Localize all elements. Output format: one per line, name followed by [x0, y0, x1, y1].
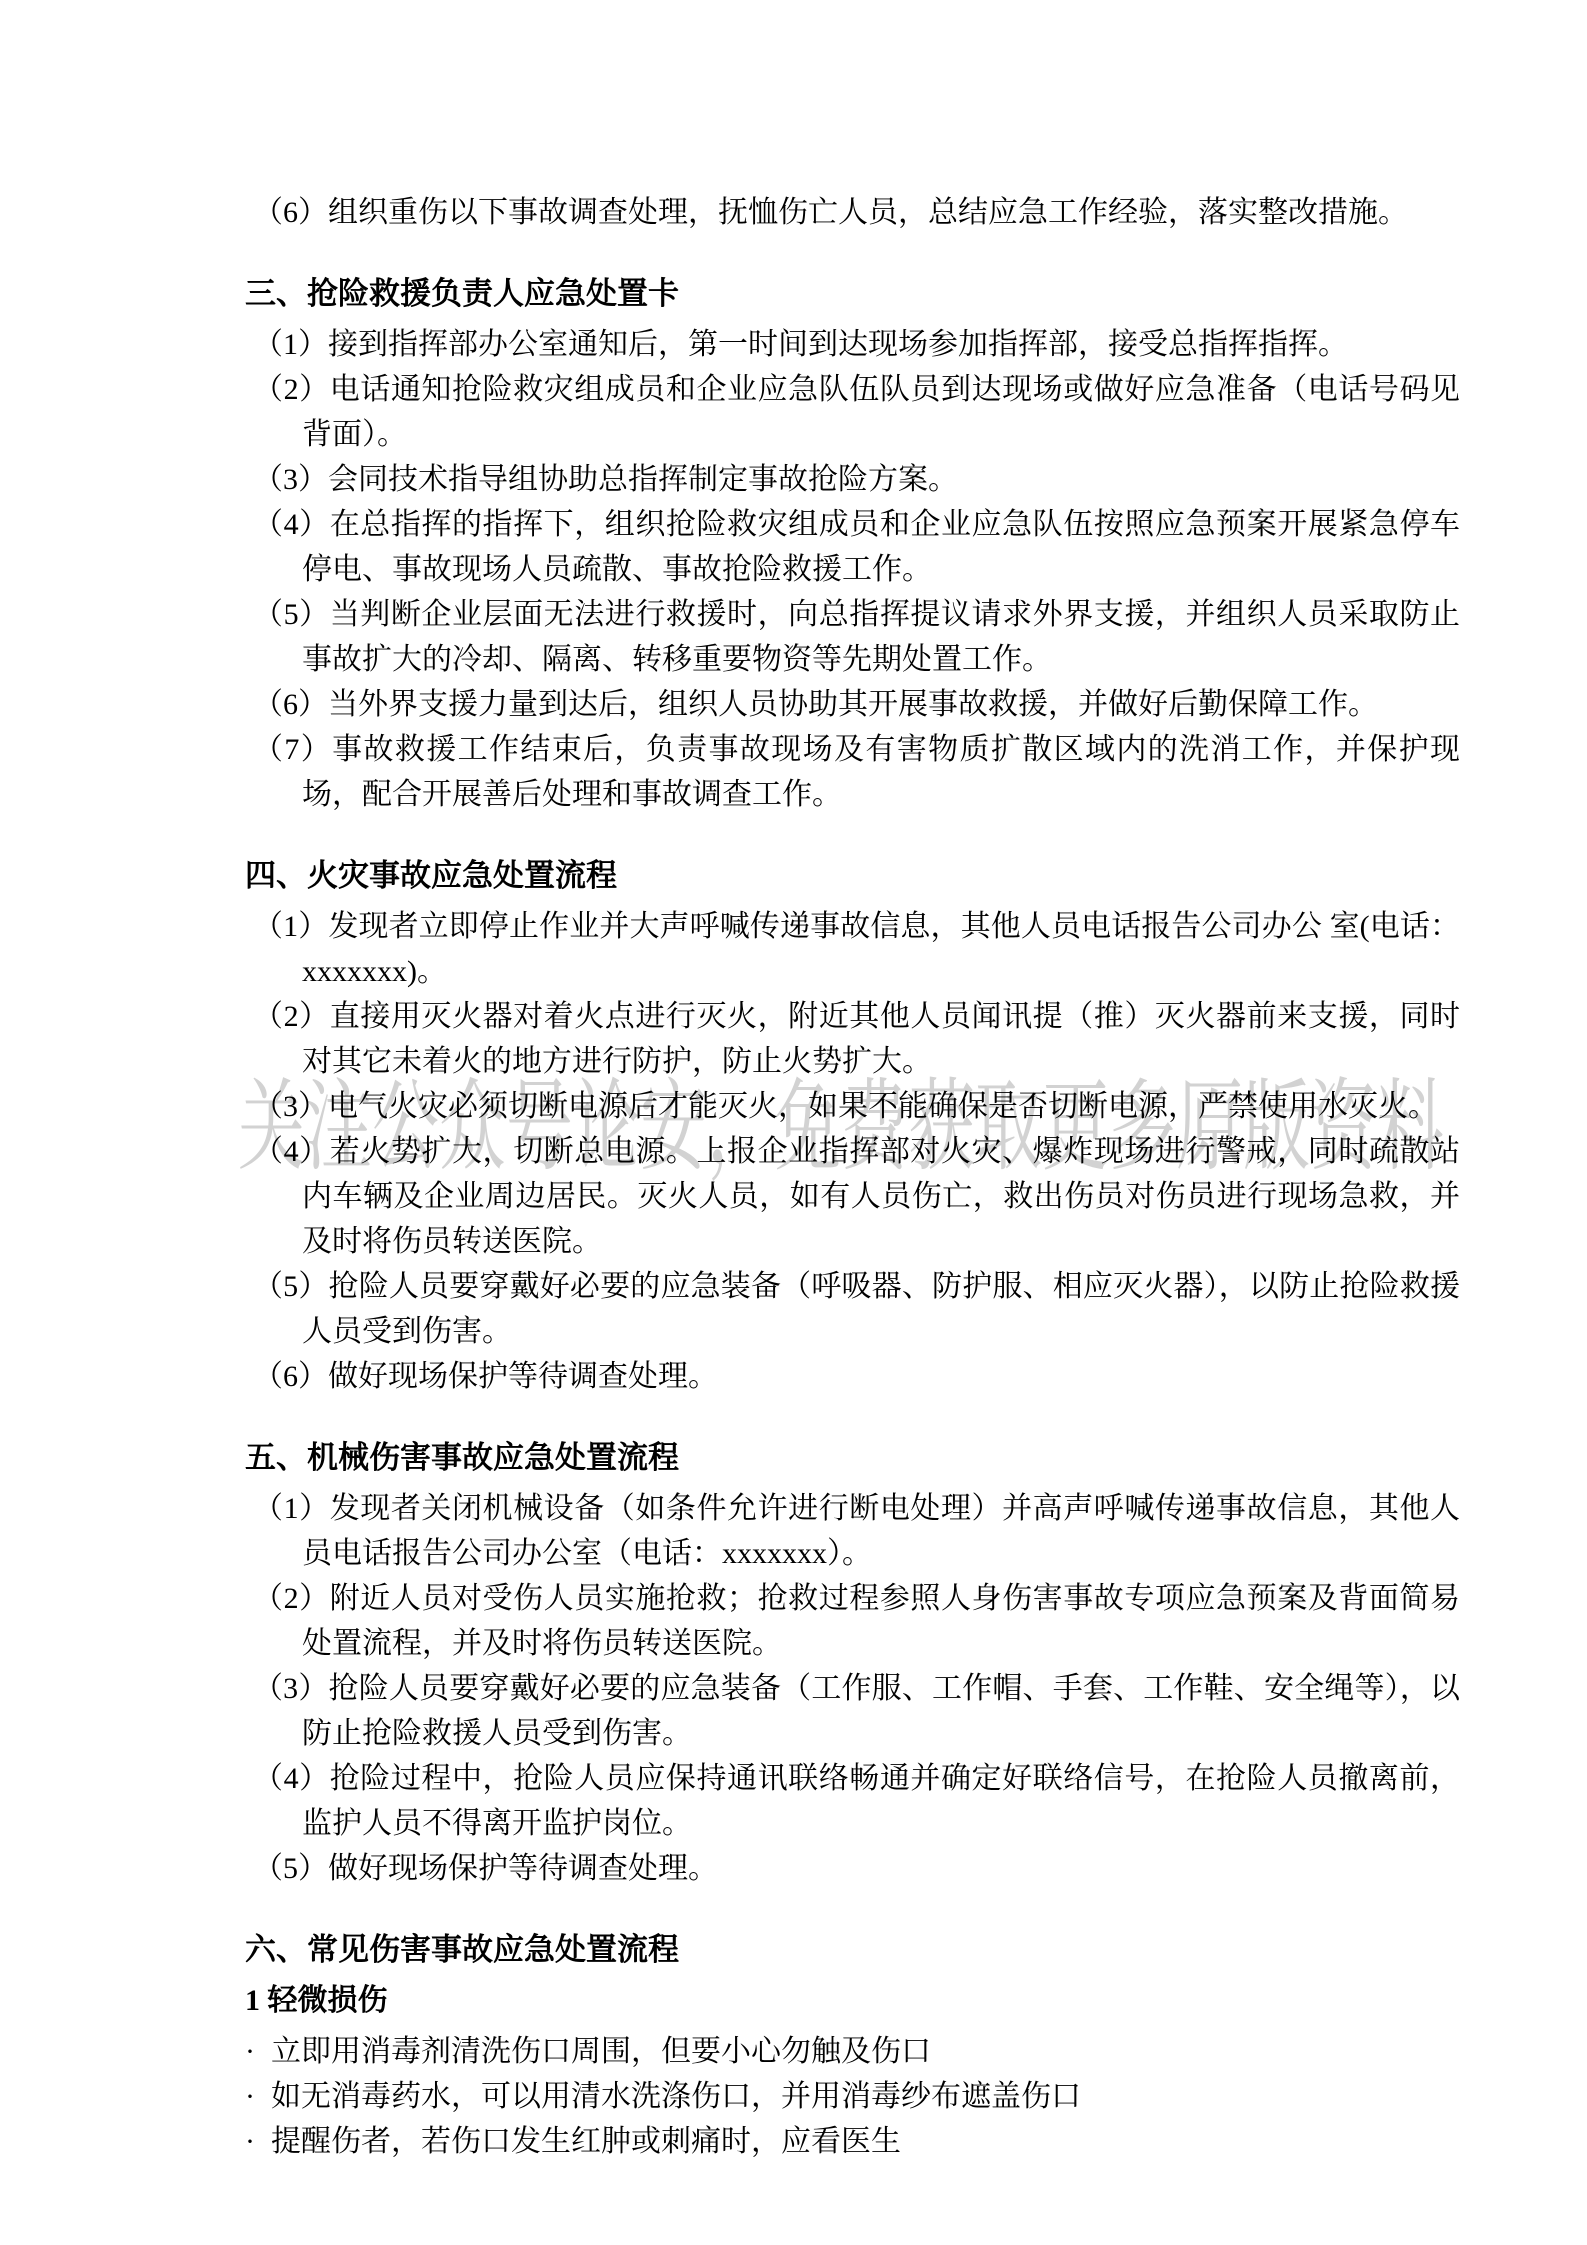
- item-number: （3）: [253, 1090, 328, 1123]
- list-item: （6）做好现场保护等待调查处理。: [245, 1354, 1460, 1399]
- document-content: （6）组织重伤以下事故调查处理，抚恤伤亡人员，总结应急工作经验，落实整改措施。 …: [0, 0, 1587, 2164]
- section-heading-6: 六、常见伤害事故应急处置流程: [245, 1927, 1460, 1972]
- list-item: （1）发现者关闭机械设备（如条件允许进行断电处理）并高声呼喊传递事故信息，其他人…: [245, 1486, 1460, 1576]
- list-item: （3）电气火灾必须切断电源后才能灭火，如果不能确保是否切断电源，严禁使用水灭火。: [245, 1084, 1460, 1129]
- item-number: （5）: [253, 1852, 328, 1885]
- list-item: （4）抢险过程中，抢险人员应保持通讯联络畅通并确定好联络信号，在抢险人员撤离前，…: [245, 1756, 1460, 1846]
- bullet-dot: ·: [245, 2119, 271, 2164]
- item-number: （4）: [253, 1135, 330, 1168]
- list-item: （2）电话通知抢险救灾组成员和企业应急队伍队员到达现场或做好应急准备（电话号码见…: [245, 367, 1460, 457]
- bullet-item: ·立即用消毒剂清洗伤口周围，但要小心勿触及伤口: [245, 2029, 1460, 2074]
- list-item: （5）做好现场保护等待调查处理。: [245, 1846, 1460, 1891]
- item-text: 当外界支援力量到达后，组织人员协助其开展事故救援，并做好后勤保障工作。: [328, 688, 1378, 721]
- item-text: 直接用灭火器对着火点进行灭火，附近其他人员闻讯提（推）灭火器前来支援，同时对其它…: [302, 1000, 1460, 1078]
- item-text: 当判断企业层面无法进行救援时，向总指挥提议请求外界支援，并组织人员采取防止事故扩…: [302, 598, 1460, 676]
- item-text: 事故救援工作结束后，负责事故现场及有害物质扩散区域内的洗消工作，并保护现场，配合…: [302, 733, 1460, 811]
- item-number: （3）: [253, 1672, 329, 1705]
- list-item: （7）事故救援工作结束后，负责事故现场及有害物质扩散区域内的洗消工作，并保护现场…: [245, 727, 1460, 817]
- item-text: 抢险人员要穿戴好必要的应急装备（呼吸器、防护服、相应灭火器），以防止抢险救援人员…: [302, 1270, 1460, 1348]
- section-heading-3: 三、抢险救援负责人应急处置卡: [245, 271, 1460, 316]
- item-number: （1）: [253, 328, 328, 361]
- item-number: （4）: [253, 1762, 330, 1795]
- list-item: （3）抢险人员要穿戴好必要的应急装备（工作服、工作帽、手套、工作鞋、安全绳等），…: [245, 1666, 1460, 1756]
- list-item: （6）当外界支援力量到达后，组织人员协助其开展事故救援，并做好后勤保障工作。: [245, 682, 1460, 727]
- list-item: （5）当判断企业层面无法进行救援时，向总指挥提议请求外界支援，并组织人员采取防止…: [245, 592, 1460, 682]
- item-number: （6）: [253, 688, 328, 721]
- item-text: 附近人员对受伤人员实施抢救；抢救过程参照人身伤害事故专项应急预案及背面简易处置流…: [302, 1582, 1460, 1660]
- bullet-item: ·如无消毒药水，可以用清水洗涤伤口，并用消毒纱布遮盖伤口: [245, 2074, 1460, 2119]
- item-text: 做好现场保护等待调查处理。: [328, 1852, 718, 1885]
- list-item: （5）抢险人员要穿戴好必要的应急装备（呼吸器、防护服、相应灭火器），以防止抢险救…: [245, 1264, 1460, 1354]
- item-number: （2）: [253, 373, 330, 406]
- item-number: （2）: [253, 1000, 330, 1033]
- bullet-item: ·提醒伤者，若伤口发生红肿或刺痛时，应看医生: [245, 2119, 1460, 2164]
- item-number: （2）: [253, 1582, 330, 1615]
- item-text: 抢险人员要穿戴好必要的应急装备（工作服、工作帽、手套、工作鞋、安全绳等），以防止…: [302, 1672, 1460, 1750]
- section-heading-5: 五、机械伤害事故应急处置流程: [245, 1435, 1460, 1480]
- item-text: 在总指挥的指挥下，组织抢险救灾组成员和企业应急队伍按照应急预案开展紧急停车停电、…: [302, 508, 1460, 586]
- bullet-text: 立即用消毒剂清洗伤口周围，但要小心勿触及伤口: [271, 2035, 931, 2068]
- section-heading-4: 四、火灾事故应急处置流程: [245, 853, 1460, 898]
- bullet-text: 如无消毒药水，可以用清水洗涤伤口，并用消毒纱布遮盖伤口: [271, 2080, 1081, 2113]
- item-number: （5）: [253, 1270, 329, 1303]
- item-text: 接到指挥部办公室通知后，第一时间到达现场参加指挥部，接受总指挥指挥。: [328, 328, 1348, 361]
- item-text: 发现者关闭机械设备（如条件允许进行断电处理）并高声呼喊传递事故信息，其他人员电话…: [302, 1492, 1460, 1570]
- list-item: （3）会同技术指导组协助总指挥制定事故抢险方案。: [245, 457, 1460, 502]
- item-number: （6）: [253, 1360, 328, 1393]
- bullet-text: 提醒伤者，若伤口发生红肿或刺痛时，应看医生: [271, 2125, 901, 2158]
- bullet-dot: ·: [245, 2074, 271, 2119]
- item-text: 若火势扩大，切断总电源。上报企业指挥部对火灾、爆炸现场进行警戒，同时疏散站内车辆…: [302, 1135, 1460, 1258]
- list-item: （6）组织重伤以下事故调查处理，抚恤伤亡人员，总结应急工作经验，落实整改措施。: [245, 190, 1460, 235]
- list-item: （4）在总指挥的指挥下，组织抢险救灾组成员和企业应急队伍按照应急预案开展紧急停车…: [245, 502, 1460, 592]
- item-number: （1）: [253, 1492, 330, 1525]
- item-text: 组织重伤以下事故调查处理，抚恤伤亡人员，总结应急工作经验，落实整改措施。: [328, 196, 1408, 229]
- item-number: （3）: [253, 463, 328, 496]
- item-number: （7）: [253, 733, 332, 766]
- item-text: 会同技术指导组协助总指挥制定事故抢险方案。: [328, 463, 958, 496]
- item-number: （1）: [253, 910, 328, 943]
- item-number: （5）: [253, 598, 330, 631]
- list-item: （1）接到指挥部办公室通知后，第一时间到达现场参加指挥部，接受总指挥指挥。: [245, 322, 1460, 367]
- document-page: 关注公众号论安，免费获取更多原版资料 （6）组织重伤以下事故调查处理，抚恤伤亡人…: [0, 0, 1587, 2245]
- bullet-dot: ·: [245, 2029, 271, 2074]
- list-item: （1）发现者立即停止作业并大声呼喊传递事故信息，其他人员电话报告公司办公 室(电…: [245, 904, 1460, 994]
- list-item: （2）附近人员对受伤人员实施抢救；抢救过程参照人身伤害事故专项应急预案及背面简易…: [245, 1576, 1460, 1666]
- item-text: 抢险过程中，抢险人员应保持通讯联络畅通并确定好联络信号，在抢险人员撤离前，监护人…: [302, 1762, 1460, 1840]
- item-text: 电话通知抢险救灾组成员和企业应急队伍队员到达现场或做好应急准备（电话号码见背面）…: [302, 373, 1460, 451]
- item-text: 电气火灾必须切断电源后才能灭火，如果不能确保是否切断电源，严禁使用水灭火。: [328, 1090, 1438, 1123]
- subheading-minor-injury: 1 轻微损伤: [245, 1978, 1460, 2023]
- item-number: （4）: [253, 508, 330, 541]
- item-text: 做好现场保护等待调查处理。: [328, 1360, 718, 1393]
- list-item: （2）直接用灭火器对着火点进行灭火，附近其他人员闻讯提（推）灭火器前来支援，同时…: [245, 994, 1460, 1084]
- item-text: 发现者立即停止作业并大声呼喊传递事故信息，其他人员电话报告公司办公 室(电话：x…: [302, 910, 1460, 988]
- list-item: （4）若火势扩大，切断总电源。上报企业指挥部对火灾、爆炸现场进行警戒，同时疏散站…: [245, 1129, 1460, 1264]
- item-number: （6）: [253, 196, 328, 229]
